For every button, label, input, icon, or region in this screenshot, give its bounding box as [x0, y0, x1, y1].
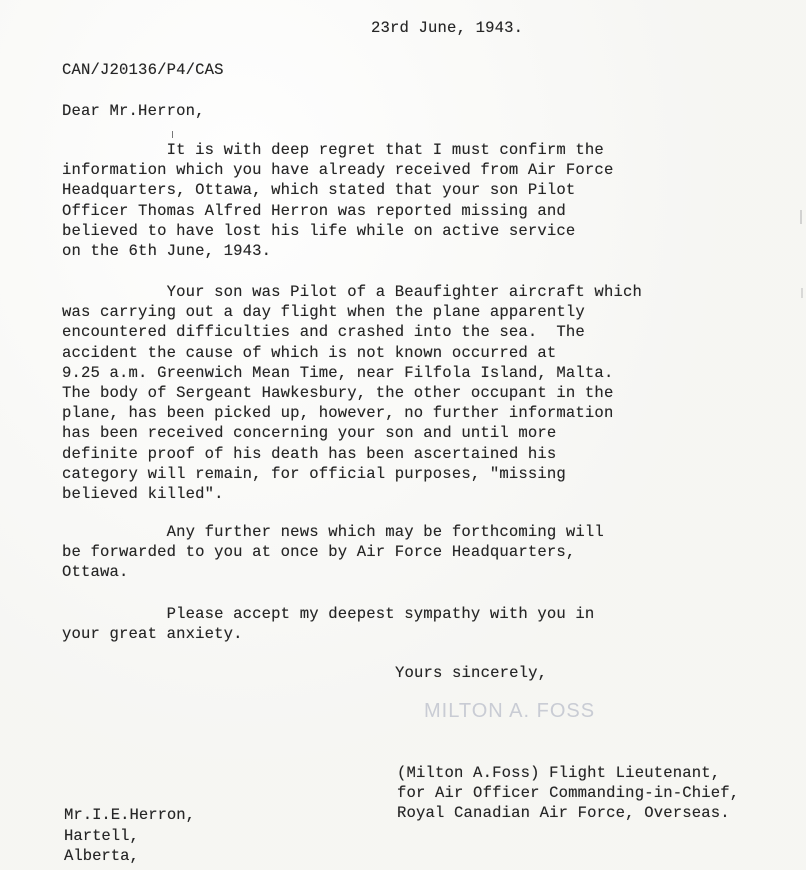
- signatory-line: for Air Officer Commanding-in-Chief,: [397, 783, 739, 803]
- paper-edge-mark: [801, 288, 803, 298]
- text-line: was carrying out a day flight when the p…: [62, 302, 642, 322]
- text-line: encountered difficulties and crashed int…: [62, 322, 642, 342]
- paragraph-4: Please accept my deepest sympathy with y…: [62, 604, 594, 644]
- address-line: Alberta,: [64, 846, 195, 867]
- closing: Yours sincerely,: [395, 663, 547, 683]
- recipient-address: Mr.I.E.Herron, Hartell, Alberta,: [64, 805, 195, 867]
- text-line: Ottawa.: [62, 562, 604, 582]
- text-line: information which you have already recei…: [62, 160, 613, 180]
- text-line: It is with deep regret that I must confi…: [62, 140, 613, 160]
- signatory-line: (Milton A.Foss) Flight Lieutenant,: [397, 763, 739, 783]
- text-line: The body of Sergeant Hawkesbury, the oth…: [62, 383, 642, 403]
- text-line: believed to have lost his life while on …: [62, 221, 613, 241]
- text-line: on the 6th June, 1943.: [62, 241, 613, 261]
- text-line: Officer Thomas Alfred Herron was reporte…: [62, 201, 613, 221]
- text-line: plane, has been picked up, however, no f…: [62, 403, 642, 423]
- text-line: definite proof of his death has been asc…: [62, 444, 642, 464]
- paragraph-2: Your son was Pilot of a Beaufighter airc…: [62, 282, 642, 504]
- paragraph-3: Any further news which may be forthcomin…: [62, 522, 604, 583]
- letter-page: 23rd June, 1943. CAN/J20136/P4/CAS Dear …: [0, 0, 806, 870]
- text-line: accident the cause of which is not known…: [62, 343, 642, 363]
- paper-edge-mark: [800, 210, 802, 224]
- salutation: Dear Mr.Herron,: [62, 101, 205, 121]
- address-line: Mr.I.E.Herron,: [64, 805, 195, 826]
- signature-stamp: MILTON A. FOSS: [424, 700, 595, 723]
- text-line: believed killed".: [62, 484, 642, 504]
- text-line: 9.25 a.m. Greenwich Mean Time, near Filf…: [62, 363, 642, 383]
- text-line: be forwarded to you at once by Air Force…: [62, 542, 604, 562]
- text-line: Headquarters, Ottawa, which stated that …: [62, 180, 613, 200]
- text-line: Please accept my deepest sympathy with y…: [62, 604, 594, 624]
- paragraph-1: It is with deep regret that I must confi…: [62, 140, 613, 261]
- signature-block: (Milton A.Foss) Flight Lieutenant, for A…: [397, 763, 739, 824]
- signatory-line: Royal Canadian Air Force, Overseas.: [397, 803, 739, 823]
- address-line: Hartell,: [64, 826, 195, 847]
- pen-tick-mark: [172, 131, 173, 138]
- text-line: Your son was Pilot of a Beaufighter airc…: [62, 282, 642, 302]
- text-line: category will remain, for official purpo…: [62, 464, 642, 484]
- reference-number: CAN/J20136/P4/CAS: [62, 60, 224, 80]
- letter-date: 23rd June, 1943.: [371, 18, 523, 38]
- text-line: Any further news which may be forthcomin…: [62, 522, 604, 542]
- text-line: has been received concerning your son an…: [62, 423, 642, 443]
- text-line: your great anxiety.: [62, 624, 594, 644]
